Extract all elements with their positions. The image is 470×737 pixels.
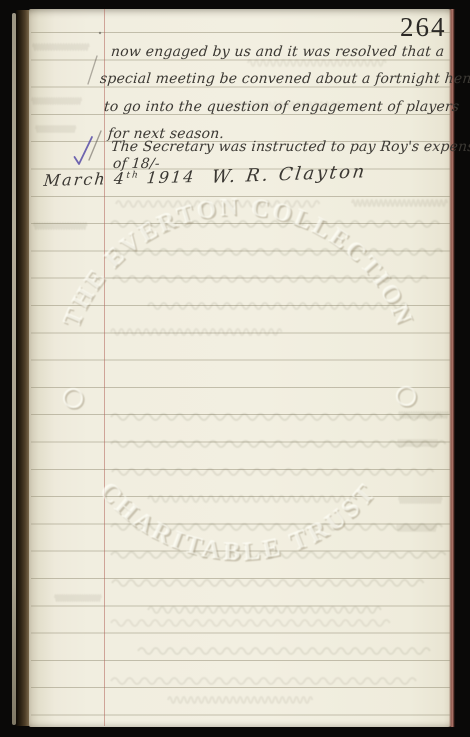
minutes-line-1: now engaged by us and it was resolved th…	[110, 44, 445, 60]
date-ordinal: th	[126, 170, 140, 180]
handwriting-layer: 264 now engaged by us and it was resolve…	[0, 0, 470, 737]
date-year: 1914	[146, 167, 197, 187]
chairman-signature: W. R. Clayton	[210, 161, 368, 187]
minutes-line-2: special meeting be convened about a fort…	[99, 71, 470, 87]
minutes-line-3: to go into the question of engagement of…	[103, 99, 460, 115]
date-day: March 4	[43, 169, 127, 190]
scanned-minute-book-page: THE EVERTON COLLECTION THE EVERTON COLLE…	[0, 0, 470, 737]
page-number: 264	[400, 12, 447, 43]
minutes-line-5: The Secretary was instructed to pay Roy'…	[110, 139, 470, 155]
entry-date: March 4th1914	[43, 167, 197, 190]
